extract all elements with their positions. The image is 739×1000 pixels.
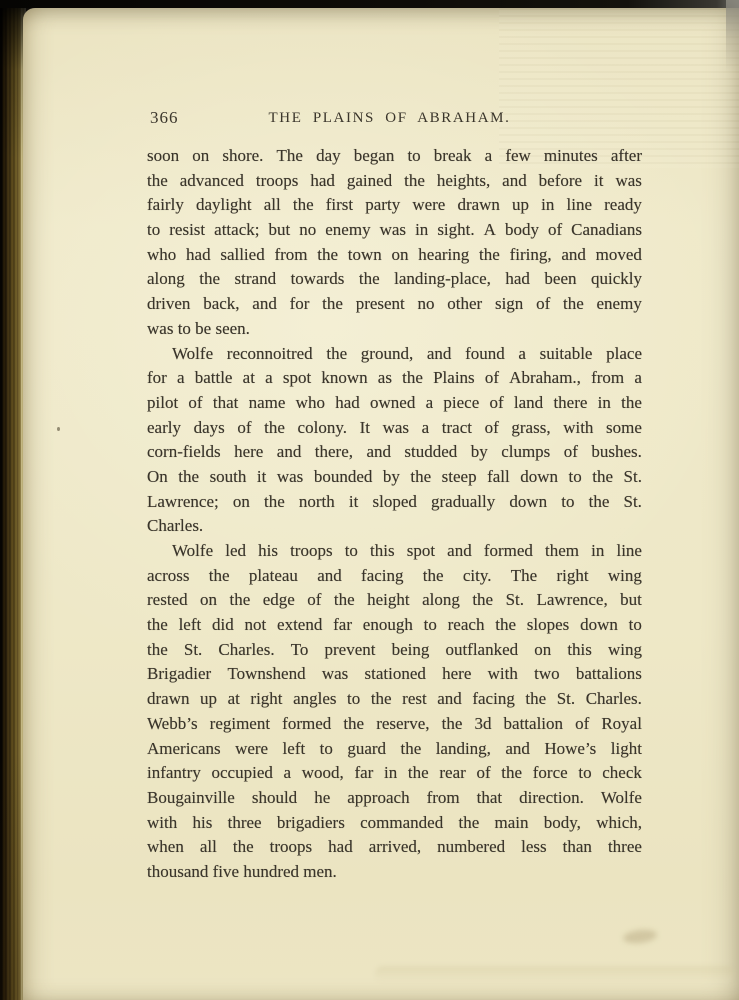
- text-line: Lawrence;onthenorthitslopedgraduallydown…: [147, 490, 642, 515]
- text-line: whenallthetroopshadarrived,numberedlesst…: [147, 835, 642, 860]
- text-line: Charles.: [147, 514, 642, 539]
- text-line: earlydaysofthecolony.Itwasatractofgrass,…: [147, 416, 642, 441]
- text-line: was to be seen.: [147, 317, 642, 342]
- text-line: Onthesouthitwasboundedbythesteepfalldown…: [147, 465, 642, 490]
- text-line: withhisthreebrigadierscommandedthemainbo…: [147, 811, 642, 836]
- running-header: THE PLAINS OF ABRAHAM.: [142, 108, 637, 128]
- text-line: drawnupatrightanglestotherestandfacingth…: [147, 687, 642, 712]
- faint-smudge: [622, 928, 657, 945]
- text-line: Americanswerelefttoguardthelanding,andHo…: [147, 737, 642, 762]
- text-line: acrosstheplateauandfacingthecity.Therigh…: [147, 564, 642, 589]
- text-line: Bougainvilleshouldheapproachfromthatdire…: [147, 786, 642, 811]
- text-line: fairlydaylightallthefirstpartyweredrawnu…: [147, 193, 642, 218]
- text-line: pilotofthatnamewhohadownedapieceoflandth…: [147, 391, 642, 416]
- text-line: restedontheedgeoftheheightalongtheSt.Law…: [147, 588, 642, 613]
- page-impression-mark: [375, 966, 735, 982]
- page-body-text: soononshore.Thedaybegantobreakafewminute…: [147, 144, 642, 885]
- text-line: Wolfeledhistroopstothisspotandformedthem…: [147, 539, 642, 564]
- text-line: Webb’sregimentformedthereserve,the3dbatt…: [147, 712, 642, 737]
- text-line: drivenback,andforthepresentnoothersignof…: [147, 292, 642, 317]
- book-scan: 366 THE PLAINS OF ABRAHAM. soononshore.T…: [0, 0, 739, 1000]
- text-line: soononshore.Thedaybegantobreakafewminute…: [147, 144, 642, 169]
- scan-top-edge: [0, 0, 739, 8]
- page-header: 366 THE PLAINS OF ABRAHAM.: [147, 108, 642, 128]
- text-line: whohadsalliedfromthetownonhearingthefiri…: [147, 243, 642, 268]
- text-line: theleftdidnotextendfarenoughtoreachthesl…: [147, 613, 642, 638]
- text-line: toresistattack;butnoenemywasinsight.Abod…: [147, 218, 642, 243]
- text-line: Wolfereconnoitredtheground,andfoundasuit…: [147, 342, 642, 367]
- text-line: forabattleataspotknownasthePlainsofAbrah…: [147, 366, 642, 391]
- text-line: alongthestrandtowardsthelanding-place,ha…: [147, 267, 642, 292]
- text-line: thousand five hundred men.: [147, 860, 642, 885]
- page-content: 366 THE PLAINS OF ABRAHAM. soononshore.T…: [23, 8, 739, 885]
- book-page: 366 THE PLAINS OF ABRAHAM. soononshore.T…: [23, 8, 739, 1000]
- text-line: infantryoccupiedawood,farintherearofthef…: [147, 761, 642, 786]
- text-line: theSt.Charles.Topreventbeingoutflankedon…: [147, 638, 642, 663]
- text-line: theadvancedtroopshadgainedtheheights,and…: [147, 169, 642, 194]
- scan-top-right-edge: [726, 0, 739, 72]
- text-line: corn-fieldshereandthere,andstuddedbyclum…: [147, 440, 642, 465]
- text-line: BrigadierTownshendwasstationedherewithtw…: [147, 662, 642, 687]
